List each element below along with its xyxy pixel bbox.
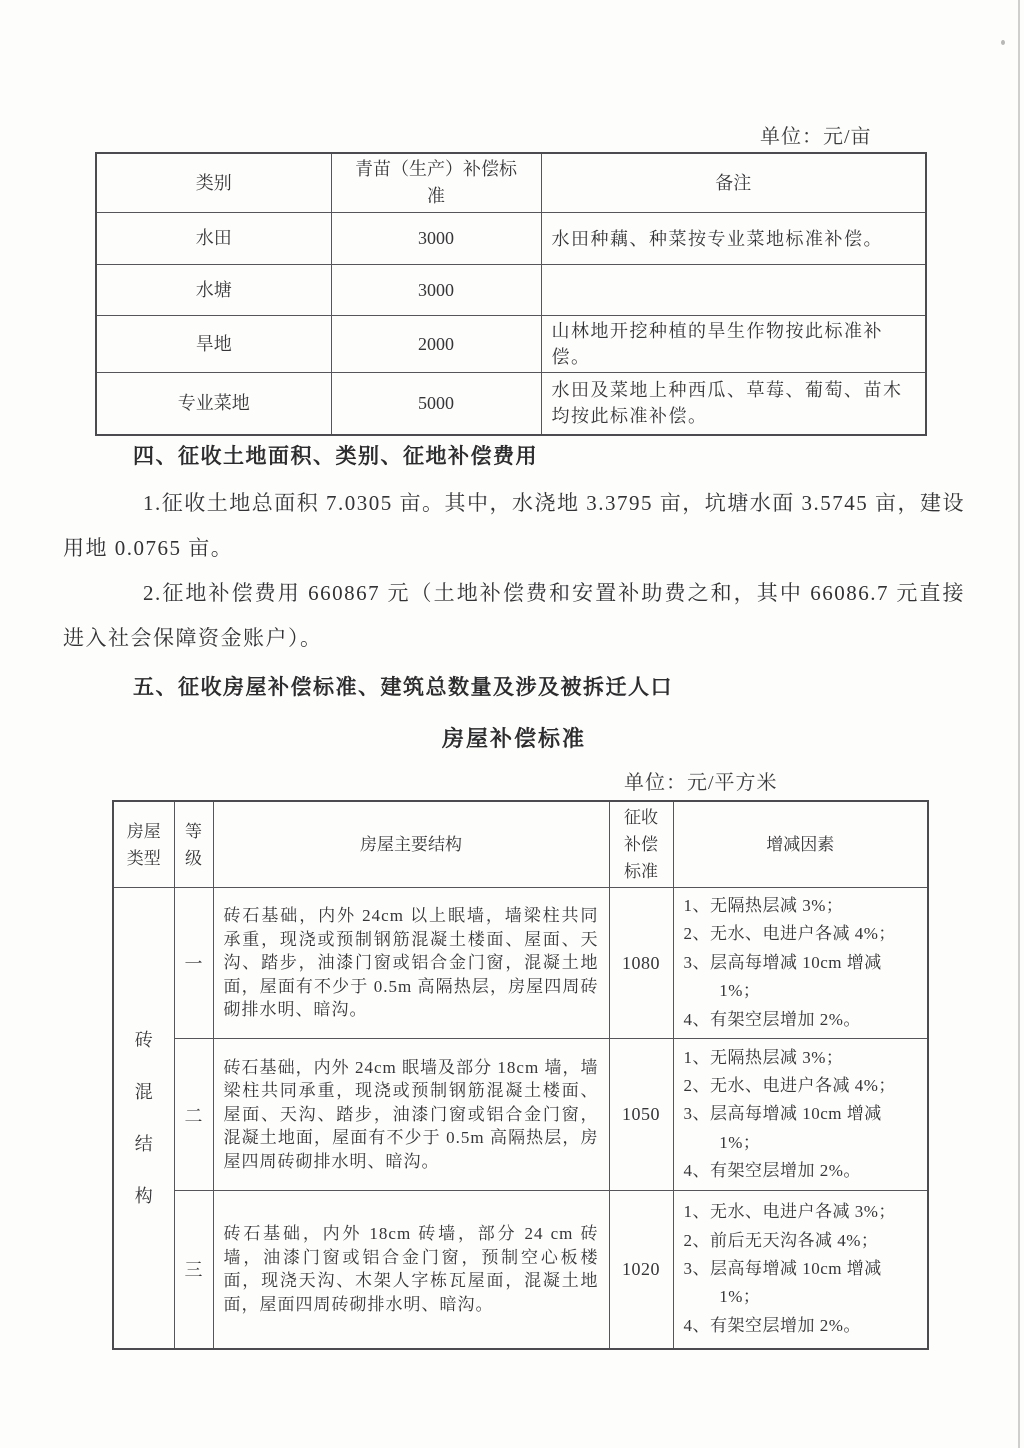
table-row: 水田 3000 水田种藕、种菜按专业菜地标准补偿。 [96, 213, 926, 265]
house-header-structure: 房屋主要结构 [213, 801, 609, 888]
table-row: 二 砖石基础，内外 24cm 眠墙及部分 18cm 墙，墙梁柱共同承重，现浇或预… [113, 1039, 928, 1191]
table-row: 旱地 2000 山林地开挖种植的旱生作物按此标准补偿。 [96, 316, 926, 373]
factor-item: 4、有架空层增加 2%。 [684, 1006, 922, 1034]
crop-remark-cell: 水田及菜地上种西瓜、草莓、葡萄、苗木均按此标准补偿。 [541, 373, 926, 435]
factors-list: 1、无水、电进户各减 3%； 2、前后无天沟各减 4%； 3、层高每增减 10c… [684, 1198, 922, 1340]
crop-standard-cell: 2000 [331, 316, 541, 373]
structure-cell: 砖石基础，内外 24cm 眠墙及部分 18cm 墙，墙梁柱共同承重，现浇或预制钢… [213, 1039, 609, 1191]
crop-compensation-table: 类别 青苗（生产）补偿标准 备注 水田 3000 水田种藕、种菜按专业菜地标准补… [95, 152, 927, 436]
crop-header-standard: 青苗（生产）补偿标准 [331, 153, 541, 213]
house-header-type: 房屋类型 [113, 801, 174, 888]
section5-heading: 五、征收房屋补偿标准、建筑总数量及涉及被拆迁人口 [63, 671, 1024, 701]
factor-item: 2、前后无天沟各减 4%； [684, 1227, 922, 1255]
house-table-title: 房屋补偿标准 [63, 722, 965, 753]
crop-remark-cell: 水田种藕、种菜按专业菜地标准补偿。 [541, 213, 926, 265]
grade-cell: 三 [174, 1191, 213, 1349]
house-compensation-table: 房屋类型 等级 房屋主要结构 征收补偿标准 增减因素 砖混结构 一 砖石基础，内… [112, 800, 929, 1350]
section4-paragraph-1: 1.征收土地总面积 7.0305 亩。其中，水浇地 3.3795 亩，坑塘水面 … [63, 481, 965, 571]
document-page: 单位：元/亩 类别 青苗（生产）补偿标准 备注 水田 3000 水田种藕、种菜按… [0, 0, 1024, 1448]
standard-cell: 1080 [609, 888, 673, 1039]
section4-heading: 四、征收土地面积、类别、征地补偿费用 [63, 440, 1024, 470]
house-header-factors: 增减因素 [673, 801, 928, 888]
crop-category-cell: 专业菜地 [96, 373, 331, 435]
factors-cell: 1、无隔热层减 3%； 2、无水、电进户各减 4%； 3、层高每增减 10cm … [673, 1039, 928, 1191]
table-row: 砖混结构 一 砖石基础，内外 24cm 以上眠墙，墙梁柱共同承重，现浇或预制钢筋… [113, 888, 928, 1039]
crop-header-category: 类别 [96, 153, 331, 213]
standard-cell: 1020 [609, 1191, 673, 1349]
crop-standard-cell: 3000 [331, 213, 541, 265]
table-row: 专业菜地 5000 水田及菜地上种西瓜、草莓、葡萄、苗木均按此标准补偿。 [96, 373, 926, 435]
house-table-header-row: 房屋类型 等级 房屋主要结构 征收补偿标准 增减因素 [113, 801, 928, 888]
house-type-text: 砖混结构 [133, 1014, 156, 1222]
unit-label-per-sqm: 单位：元/平方米 [624, 766, 778, 795]
house-header-standard-text: 征收补偿标准 [621, 804, 660, 885]
structure-cell: 砖石基础，内外 24cm 以上眠墙，墙梁柱共同承重，现浇或预制钢筋混凝土楼面、屋… [213, 888, 609, 1039]
factor-item: 3、层高每增减 10cm 增减 1%； [684, 949, 922, 1006]
crop-standard-cell: 5000 [331, 373, 541, 435]
factors-cell: 1、无水、电进户各减 3%； 2、前后无天沟各减 4%； 3、层高每增减 10c… [673, 1191, 928, 1349]
crop-category-cell: 水田 [96, 213, 331, 265]
house-type-cell: 砖混结构 [113, 888, 174, 1349]
crop-category-cell: 旱地 [96, 316, 331, 373]
table-row: 三 砖石基础，内外 18cm 砖墙，部分 24 cm 砖墙，油漆门窗或铝合金门窗… [113, 1191, 928, 1349]
house-header-grade: 等级 [174, 801, 213, 888]
factor-item: 1、无水、电进户各减 3%； [684, 1198, 922, 1226]
section4-paragraph-2: 2.征地补偿费用 660867 元（土地补偿费和安置补助费之和，其中 66086… [63, 571, 965, 661]
grade-cell: 二 [174, 1039, 213, 1191]
crop-standard-cell: 3000 [331, 265, 541, 316]
factor-item: 4、有架空层增加 2%。 [684, 1157, 922, 1185]
factor-item: 1、无隔热层减 3%； [684, 892, 922, 920]
house-header-grade-text: 等级 [183, 818, 203, 872]
factors-cell: 1、无隔热层减 3%； 2、无水、电进户各减 4%； 3、层高每增减 10cm … [673, 888, 928, 1039]
factor-item: 2、无水、电进户各减 4%； [684, 1072, 922, 1100]
house-header-standard: 征收补偿标准 [609, 801, 673, 888]
crop-category-cell: 水塘 [96, 265, 331, 316]
factors-list: 1、无隔热层减 3%； 2、无水、电进户各减 4%； 3、层高每增减 10cm … [684, 1044, 922, 1186]
crop-table-header-row: 类别 青苗（生产）补偿标准 备注 [96, 153, 926, 213]
standard-cell: 1050 [609, 1039, 673, 1191]
factor-item: 2、无水、电进户各减 4%； [684, 920, 922, 948]
table-row: 水塘 3000 [96, 265, 926, 316]
scan-edge-line [1018, 0, 1020, 1448]
crop-remark-cell: 山林地开挖种植的旱生作物按此标准补偿。 [541, 316, 926, 373]
structure-cell: 砖石基础，内外 18cm 砖墙，部分 24 cm 砖墙，油漆门窗或铝合金门窗，预… [213, 1191, 609, 1349]
grade-cell: 一 [174, 888, 213, 1039]
unit-label-per-mu: 单位：元/亩 [760, 120, 872, 149]
house-header-type-text: 房屋类型 [124, 818, 163, 872]
factor-item: 3、层高每增减 10cm 增减 1%； [684, 1100, 922, 1157]
factor-item: 1、无隔热层减 3%； [684, 1044, 922, 1072]
factors-list: 1、无隔热层减 3%； 2、无水、电进户各减 4%； 3、层高每增减 10cm … [684, 892, 922, 1034]
factor-item: 3、层高每增减 10cm 增减 1%； [684, 1255, 922, 1312]
scan-dot-artifact [1001, 40, 1005, 45]
crop-header-remark: 备注 [541, 153, 926, 213]
factor-item: 4、有架空层增加 2%。 [684, 1312, 922, 1340]
crop-remark-cell [541, 265, 926, 316]
crop-header-standard-text: 青苗（生产）补偿标准 [350, 156, 522, 210]
